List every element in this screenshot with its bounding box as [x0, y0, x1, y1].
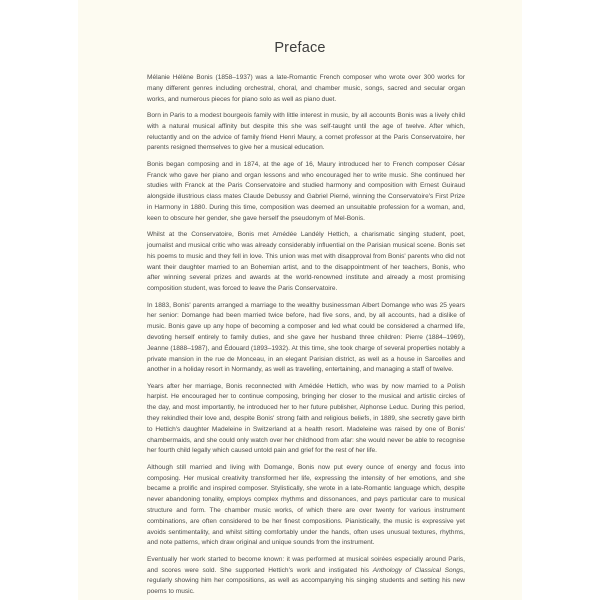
- document-page: Preface Mélanie Hélène Bonis (1858–1937)…: [78, 0, 522, 600]
- paragraph: Years after her marriage, Bonis reconnec…: [147, 382, 465, 458]
- paragraph-last: Eventually her work started to become kn…: [147, 555, 465, 598]
- paragraph: Whilst at the Conservatoire, Bonis met A…: [147, 230, 465, 295]
- page-title: Preface: [78, 40, 522, 56]
- book-title: Anthology of Classical Songs: [373, 567, 463, 574]
- paragraph: Born in Paris to a modest bourgeois fami…: [147, 111, 465, 154]
- paragraph: Mélanie Hélène Bonis (1858–1937) was a l…: [147, 73, 465, 105]
- paragraph: In 1883, Bonis' parents arranged a marri…: [147, 301, 465, 377]
- paragraph: Although still married and living with D…: [147, 463, 465, 549]
- paragraph: Bonis began composing and in 1874, at th…: [147, 160, 465, 225]
- preface-body: Mélanie Hélène Bonis (1858–1937) was a l…: [147, 73, 465, 600]
